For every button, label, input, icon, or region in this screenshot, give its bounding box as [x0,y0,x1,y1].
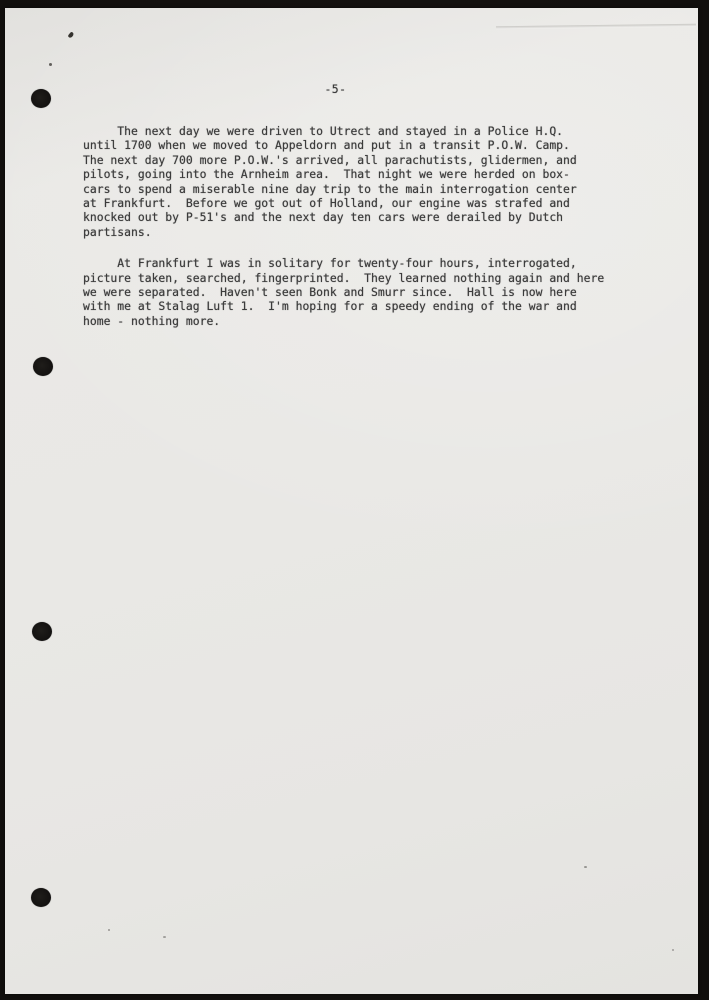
text-line: The next day we were driven to Utrect an… [83,124,643,138]
paragraph: The next day we were driven to Utrect an… [83,124,643,239]
text-line: At Frankfurt I was in solitary for twent… [83,256,643,270]
text-line: we were separated. Haven't seen Bonk and… [83,285,643,299]
document-body: The next day we were driven to Utrect an… [83,124,643,328]
document-page: -5- The next day we were driven to Utrec… [5,8,698,994]
text-line: cars to spend a miserable nine day trip … [83,182,643,196]
text-line: partisans. [83,225,643,239]
text-line: until 1700 when we moved to Appeldorn an… [83,138,643,152]
scanner-background: -5- The next day we were driven to Utrec… [0,0,709,1000]
paper-speck [163,936,166,938]
hole-punch [33,357,53,376]
text-line: The next day 700 more P.O.W.'s arrived, … [83,153,643,167]
paper-speck [584,866,587,868]
text-line: home - nothing more. [83,314,643,328]
hole-punch [31,89,51,108]
text-line: picture taken, searched, fingerprinted. … [83,271,643,285]
text-line: at Frankfurt. Before we got out of Holla… [83,196,643,210]
paper-speck [68,31,75,38]
text-line: knocked out by P-51's and the next day t… [83,210,643,224]
text-line: with me at Stalag Luft 1. I'm hoping for… [83,299,643,313]
hole-punch [32,622,52,641]
page-number: -5- [83,82,588,96]
paper-speck [672,949,674,951]
hole-punch [31,888,51,907]
paragraph: At Frankfurt I was in solitary for twent… [83,256,643,328]
paper-speck [49,63,52,66]
paper-speck [108,929,110,931]
paper-crease [496,24,696,29]
text-line: pilots, going into the Arnheim area. Tha… [83,167,643,181]
